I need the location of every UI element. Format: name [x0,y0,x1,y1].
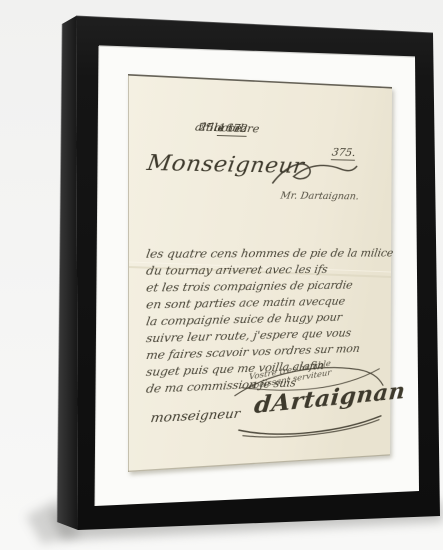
folio-number: 375. [331,146,357,161]
paraph-flourish-icon [270,160,360,192]
letter-dateline: alille ce 25me octobre 1672 [194,121,219,135]
letter-closing: monseigneur [149,407,241,426]
letter-body-line: en sont parties ace matin avecque [145,294,346,311]
letter-body-line: la compaignie suice de hugy pour [145,310,343,328]
letter-content: alille ce 25me octobre 1672 375. Monseig… [128,74,392,472]
dateline-day: 25 [198,121,215,134]
letter-body-line: du tournay ariveret avec les ifs [145,262,328,277]
letter-body-line: les quatre cens hommes de pie de la mili… [145,246,394,261]
letter-docket: Mr. Dartaignan. [280,191,360,202]
framed-letter-photograph: alille ce 25me octobre 1672 375. Monseig… [0,0,443,550]
dateline-year: 1672 [217,121,249,136]
letter-body-line: et les trois compaignies de picardie [145,278,353,294]
